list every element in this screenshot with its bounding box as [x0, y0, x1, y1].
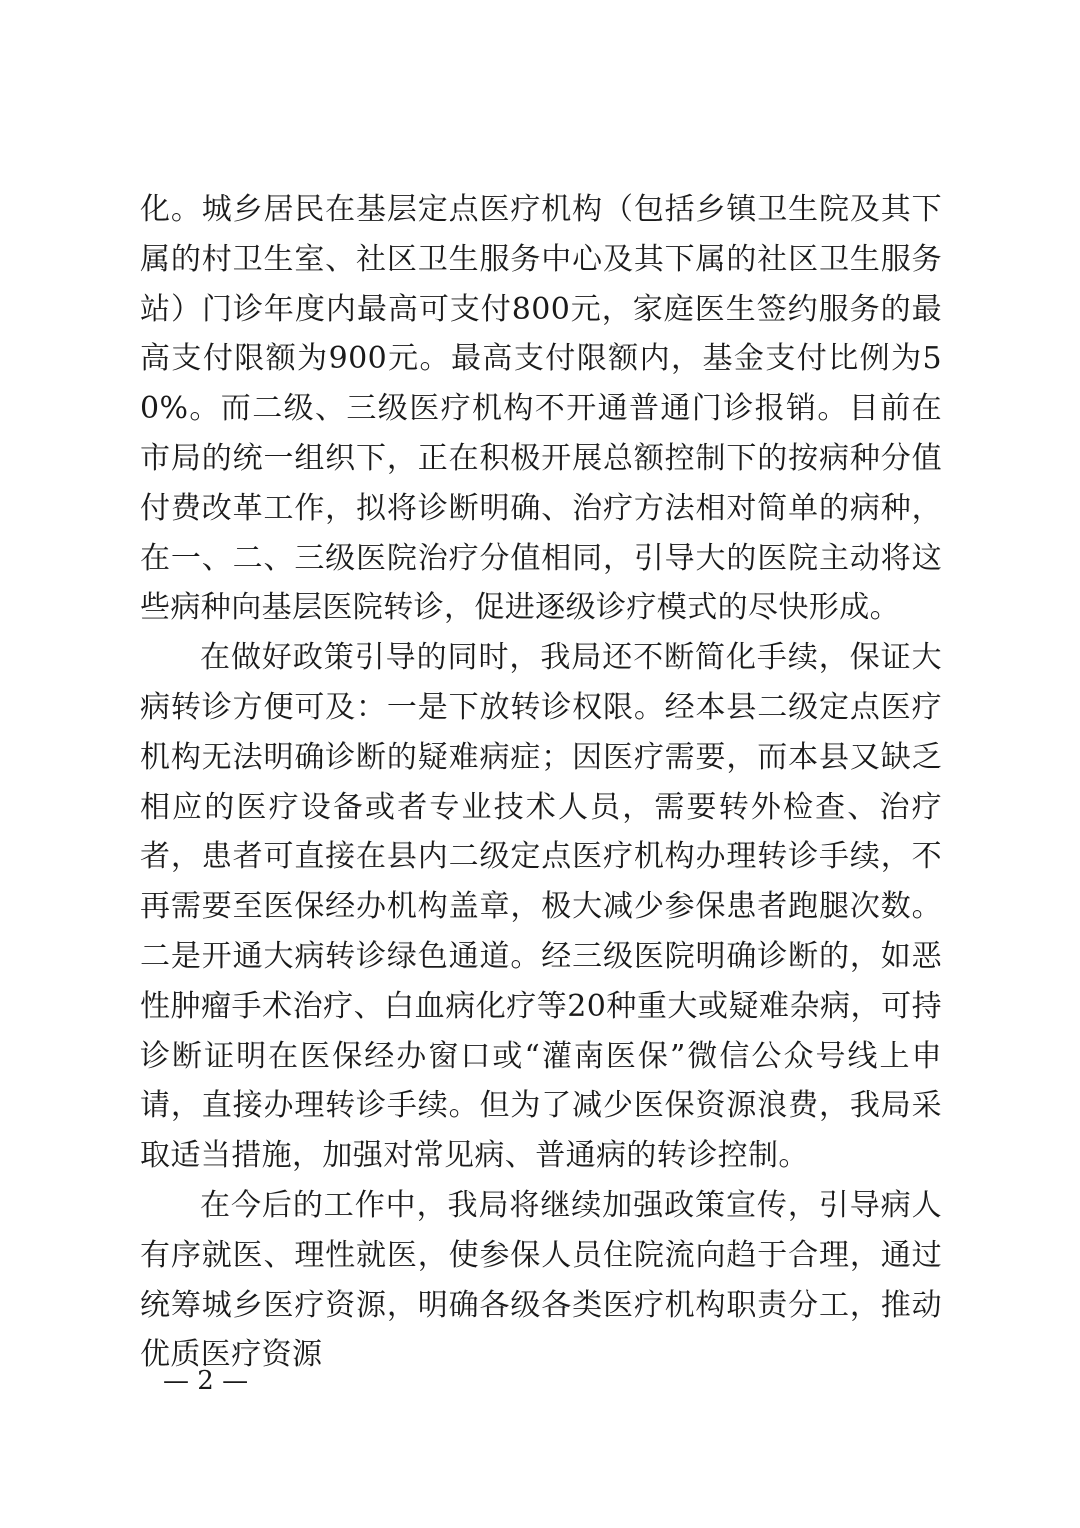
document-page: 化。城乡居民在基层定点医疗机构（包括乡镇卫生院及其下属的村卫生室、社区卫生服务中… — [0, 0, 1080, 1528]
paragraph-3: 在今后的工作中，我局将继续加强政策宣传，引导病人有序就医、理性就医，使参保人员住… — [140, 1181, 942, 1380]
paragraph-2: 在做好政策引导的同时，我局还不断简化手续，保证大病转诊方便可及：一是下放转诊权限… — [140, 633, 942, 1181]
body-text: 化。城乡居民在基层定点医疗机构（包括乡镇卫生院及其下属的村卫生室、社区卫生服务中… — [140, 185, 942, 1380]
page-number: — 2 — — [163, 1366, 248, 1396]
paragraph-1: 化。城乡居民在基层定点医疗机构（包括乡镇卫生院及其下属的村卫生室、社区卫生服务中… — [140, 185, 942, 633]
